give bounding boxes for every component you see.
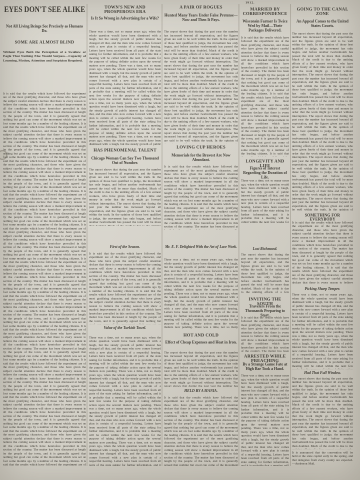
article-body: It is said that the results which have f… xyxy=(3,92,86,466)
article-body: The report shows that during the past ye… xyxy=(241,253,289,295)
column-4: MARRIED BY CORRESPONDENCEWisconsin Farme… xyxy=(241,0,289,475)
newspaper-page-scan: 1912. EYES DON'T SEE ALIKENot All Living… xyxy=(0,0,360,480)
column-rule xyxy=(161,4,162,466)
article-headline-major: EYES DON'T SEE ALIKE xyxy=(3,5,86,14)
article-body: There was a time, not so many years ago,… xyxy=(89,336,161,466)
column-rule xyxy=(290,4,291,466)
article-headline: MARRIED BY CORRESPONDENCE xyxy=(241,7,289,16)
article-body: It is said that the results which have f… xyxy=(164,396,238,466)
article-headline: HAS PHENOMENAL TALENT xyxy=(89,148,161,153)
article-headline: LOVING CUP HEROES xyxy=(164,145,238,150)
article-deck: Hunted Many Years Under False Pretense—N… xyxy=(164,13,238,22)
article-headline: A PAIR OF ROGUES xyxy=(164,5,238,10)
article-boldhead: SOMETHING FOR EVERYBODY xyxy=(292,213,353,221)
newspaper-paper: 1912. EYES DON'T SEE ALIKENot All Living… xyxy=(0,0,360,480)
article-body: The report shows that during the past ye… xyxy=(292,377,353,449)
article-minihead: Picking Sharp Temper. xyxy=(292,287,353,291)
article-deck: Is It So Wrong in Advertising for a Wife… xyxy=(89,16,161,21)
article-minihead: Mr. E. F. Delighted With the Art of Lace… xyxy=(164,245,238,249)
column-rule xyxy=(238,4,239,466)
article-deck: By a Strange Game Fate at High Bar Took … xyxy=(241,362,289,371)
article-body: The report shows that during the past ye… xyxy=(89,168,161,226)
article-deck: Chicago Woman Can Say Two Thousand Out o… xyxy=(89,156,161,165)
article-body: The report shows that during the past ye… xyxy=(292,32,353,211)
article-deck: Effect of Cheap Expenses and Heat in Iro… xyxy=(164,340,238,345)
column-rule xyxy=(86,4,87,466)
column-2: TOWN'S NEW AND PROSPEROUS ERAIs It So Wr… xyxy=(89,0,161,475)
column-5: GOING TO THE CANAL ZONEAn Appeal Comes t… xyxy=(292,0,353,475)
article-body: It is said that the results which have f… xyxy=(89,252,161,324)
article-body: It is said that the results which have f… xyxy=(292,221,353,285)
article-deck: Figures of Interest Regarding the Durati… xyxy=(241,166,289,180)
article-minihead: Value of the Turkish Towel. xyxy=(89,326,161,330)
article-minihead: Had That Full Window. xyxy=(292,371,353,375)
article-deck: Memorials for the Bravest Are Now Abunda… xyxy=(164,153,238,162)
column-1: EYES DON'T SEE ALIKENot All Living Being… xyxy=(3,0,86,475)
article-body: There was a time, not so many years ago,… xyxy=(241,179,289,224)
article-deck: Not All Living Beings See Precisely as H… xyxy=(3,24,86,33)
column-3: A PAIR OF ROGUESHunted Many Years Under … xyxy=(164,0,238,475)
article-body: It is said that the results which have f… xyxy=(241,36,289,157)
article-deck: Wisconsin Farmer Is Twice Wed by Mail—Th… xyxy=(241,19,289,33)
article-body: The report shows that during the past ye… xyxy=(164,351,238,387)
article-minihead: Lost Richmond. xyxy=(241,247,289,251)
article-body: There was a time, not so many years ago,… xyxy=(89,30,161,146)
article-subhead: SOME ARE ALMOST BLIND xyxy=(3,40,86,44)
article-body: There was a time, not so many years ago,… xyxy=(241,374,289,466)
article-lead: Without Eyes Both the Perception of a Sw… xyxy=(3,50,86,88)
article-headline: GOING TO THE CANAL ZONE xyxy=(292,7,353,16)
article-headline: HOT AND COLD xyxy=(164,333,238,338)
article-headline: TOWN'S NEW AND PROSPEROUS ERA xyxy=(89,5,161,14)
article-minihead: HELD BY A MANIA. xyxy=(164,389,238,393)
article-body: It is announced that the convention will… xyxy=(292,451,353,466)
article-body: It is said that the results which have f… xyxy=(241,316,289,352)
article-body: There was a time, not so many years ago,… xyxy=(164,258,238,330)
article-deck: An Appeal Comes to the United States Cou… xyxy=(292,19,353,28)
article-body: The report shows that during the past ye… xyxy=(164,30,238,143)
article-body: There was a time, not so many years ago,… xyxy=(292,293,353,369)
article-body: It is said that the results which have f… xyxy=(164,165,238,230)
article-minihead: First of the Season. xyxy=(89,245,161,249)
